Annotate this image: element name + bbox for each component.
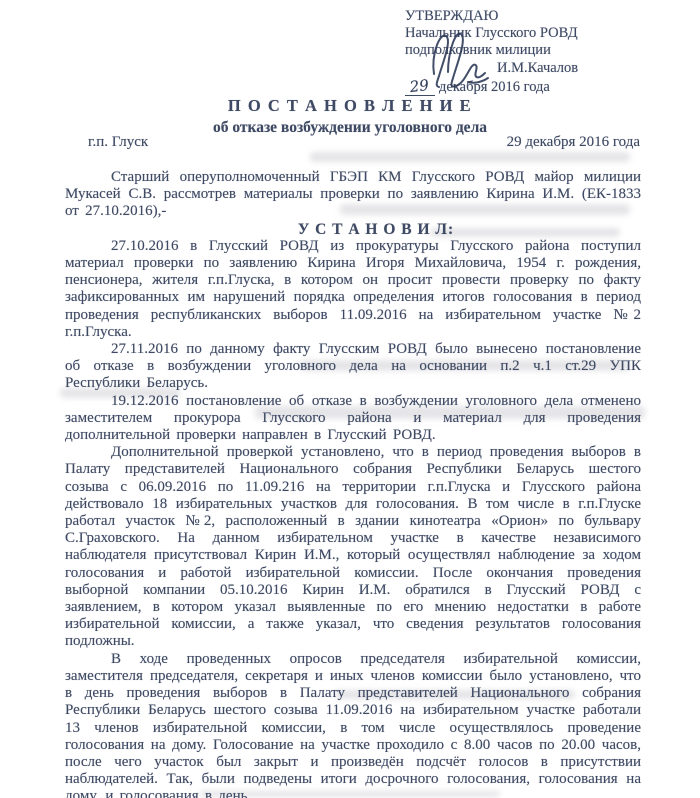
scanned-document-page: УТВЕРЖДАЮ Начальник Глусского РОВД подпо…: [0, 0, 700, 798]
preamble-paragraph: Старший оперуполномоченный ГБЭП КМ Глусс…: [65, 169, 641, 221]
document-date: 29 декабря 2016 года: [507, 134, 640, 151]
approver-title: Начальник Глусского РОВД: [405, 25, 675, 42]
approval-word: УТВЕРЖДАЮ: [405, 8, 675, 25]
approval-date-rest: декабря 2016 года: [439, 79, 550, 95]
body-paragraph: 27.10.2016 в Глусский РОВД из прокуратур…: [65, 238, 641, 341]
document-body: Старший оперуполномоченный ГБЭП КМ Глусс…: [65, 169, 641, 798]
approver-name: И.М.Качалов: [497, 60, 675, 77]
body-paragraph: 19.12.2016 постановление об отказе в воз…: [65, 393, 641, 445]
approver-rank: подполковник милиции: [405, 42, 675, 59]
place-date-row: г.п. Глуск 29 декабря 2016 года: [88, 134, 640, 151]
body-paragraph: Дополнительной проверкой установлено, чт…: [65, 444, 641, 650]
body-paragraph: В ходе проведенных опросов председателя …: [65, 651, 641, 798]
approval-block: УТВЕРЖДАЮ Начальник Глусского РОВД подпо…: [405, 8, 675, 96]
document-title: П О С Т А Н О В Л Е Н И Е: [0, 96, 700, 116]
place-label: г.п. Глуск: [88, 134, 148, 151]
approval-date-line: 29декабря 2016 года: [405, 79, 675, 96]
body-paragraph: 27.11.2016 по данному факту Глусским РОВ…: [65, 341, 641, 393]
handwritten-day-field: 29: [405, 80, 435, 96]
scan-artifact: [310, 152, 630, 162]
established-heading: У С Т А Н О В И Л:: [65, 221, 641, 238]
handwritten-day: 29: [409, 77, 430, 96]
title-block: П О С Т А Н О В Л Е Н И Е об отказе возб…: [0, 96, 700, 137]
